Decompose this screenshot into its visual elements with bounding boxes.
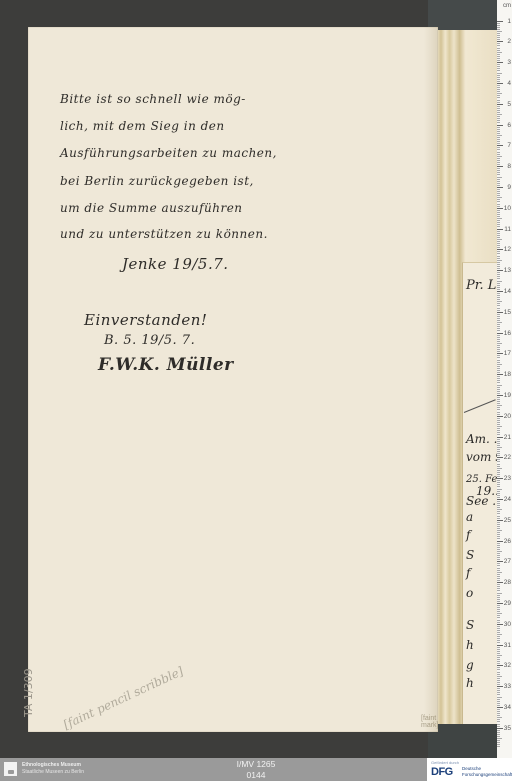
ruler-minor-tick (497, 380, 500, 381)
ruler-label: 23 (504, 475, 511, 482)
ruler-minor-tick (497, 89, 500, 90)
ruler-major-tick (497, 208, 503, 209)
ruler-minor-tick (497, 420, 500, 421)
ruler-major-tick (497, 145, 503, 146)
ruler-minor-tick (497, 738, 502, 739)
ruler-minor-tick (497, 37, 500, 38)
ruler-minor-tick (497, 235, 500, 236)
ruler-minor-tick (497, 472, 500, 473)
ruler-minor-tick (497, 251, 500, 252)
ruler-minor-tick (497, 258, 500, 259)
ruler-minor-tick (497, 555, 500, 556)
ruler-minor-tick (497, 590, 500, 591)
ruler-major-tick (497, 478, 503, 479)
ruler-minor-tick (497, 509, 502, 510)
ruler-minor-tick (497, 372, 500, 373)
ruler-minor-tick (497, 154, 500, 155)
ruler-label: 11 (504, 226, 511, 233)
ruler-minor-tick (497, 401, 500, 402)
ruler-label: 26 (504, 538, 511, 545)
ruler-minor-tick (497, 690, 500, 691)
ruler-major-tick (497, 249, 503, 250)
ruler-minor-tick (497, 218, 502, 219)
ruler-minor-tick (497, 137, 500, 138)
ruler-label: 22 (504, 454, 511, 461)
ruler-major-tick (497, 457, 503, 458)
ruler-minor-tick (497, 112, 500, 113)
ruler-minor-tick (497, 647, 500, 648)
pencil-scribble: [faint pencil scribble] (61, 664, 185, 732)
funder-name-line1: Deutsche (462, 766, 481, 771)
ruler-label: 16 (504, 330, 511, 337)
ruler-minor-tick (497, 387, 500, 388)
ruler-minor-tick (497, 357, 500, 358)
ruler-minor-tick (497, 351, 500, 352)
ruler-label: 28 (504, 579, 511, 586)
ruler-major-tick (497, 603, 503, 604)
ruler-minor-tick (497, 559, 500, 560)
ruler-minor-tick (497, 447, 502, 448)
ruler-minor-tick (497, 147, 500, 148)
ruler-minor-tick (497, 118, 500, 119)
ruler-minor-tick (497, 634, 502, 635)
ruler-minor-tick (497, 29, 500, 30)
ruler-minor-tick (497, 260, 502, 261)
ruler-major-tick (497, 312, 503, 313)
ruler-minor-tick (497, 77, 500, 78)
ruler-minor-tick (497, 711, 500, 712)
ruler-minor-tick (497, 172, 500, 173)
dateline: Jenke 19/5.7. (122, 255, 229, 273)
ruler-minor-tick (497, 684, 500, 685)
ruler-minor-tick (497, 701, 500, 702)
ruler-minor-tick (497, 613, 502, 614)
ruler-minor-tick (497, 518, 500, 519)
ruler-minor-tick (497, 316, 500, 317)
ruler-minor-tick (497, 241, 500, 242)
ruler-minor-tick (497, 156, 502, 157)
ruler-minor-tick (497, 368, 500, 369)
ruler-minor-tick (497, 122, 500, 123)
ruler-minor-tick (497, 414, 500, 415)
ruler-minor-tick (497, 495, 500, 496)
ruler-major-tick (497, 665, 503, 666)
ruler-minor-tick (497, 526, 500, 527)
ruler-minor-tick (497, 70, 500, 71)
ruler-minor-tick (497, 85, 500, 86)
ruler-minor-tick (497, 680, 500, 681)
scanned-document-image: Pr. L. Am. ... vom 9 ... 25. Febr. 19...… (0, 0, 512, 758)
ruler-minor-tick (497, 199, 500, 200)
ruler-minor-tick (497, 609, 500, 610)
ruler-minor-tick (497, 108, 500, 109)
ruler-minor-tick (497, 66, 500, 67)
ruler-minor-tick (497, 484, 500, 485)
ruler-major-tick (497, 104, 503, 105)
ruler-minor-tick (497, 734, 500, 735)
ruler-minor-tick (497, 179, 500, 180)
handwritten-line: um die Summe auszuführen (60, 201, 243, 215)
ruler-minor-tick (497, 97, 500, 98)
ruler-minor-tick (497, 285, 500, 286)
ruler-minor-tick (497, 68, 500, 69)
approval-date: B. 5. 19/5. 7. (104, 333, 195, 348)
ruler-minor-tick (497, 642, 500, 643)
ruler-minor-tick (497, 52, 502, 53)
ruler-minor-tick (497, 715, 500, 716)
ruler-minor-tick (497, 724, 500, 725)
underlying-page-text: S (466, 618, 474, 632)
ruler-major-tick (497, 374, 503, 375)
ruler-minor-tick (497, 50, 500, 51)
ruler-label: 35 (504, 725, 511, 732)
ruler-label: 32 (504, 662, 511, 669)
ruler-minor-tick (497, 697, 502, 698)
ruler-label: 2 (507, 38, 511, 45)
ruler-minor-tick (497, 201, 500, 202)
ruler-minor-tick (497, 597, 500, 598)
ruler-minor-tick (497, 628, 500, 629)
ruler-minor-tick (497, 545, 500, 546)
ruler-minor-tick (497, 87, 500, 88)
ruler-minor-tick (497, 214, 500, 215)
ruler-minor-tick (497, 139, 500, 140)
ruler-minor-tick (497, 586, 500, 587)
ruler-major-tick (497, 499, 503, 500)
ruler-minor-tick (497, 378, 500, 379)
ruler-label: 31 (504, 642, 511, 649)
footer-bar: Ethnologisches Museum Staatliche Museen … (0, 758, 512, 781)
ruler-minor-tick (497, 726, 500, 727)
handwritten-line: bei Berlin zurückgegeben ist, (60, 174, 254, 188)
ruler-minor-tick (497, 48, 500, 49)
ruler-label: 8 (507, 163, 511, 170)
ruler-minor-tick (497, 721, 500, 722)
underlying-page-text: g (466, 658, 474, 672)
ruler-minor-tick (497, 468, 502, 469)
ruler-minor-tick (497, 100, 500, 101)
ruler-minor-tick (497, 189, 500, 190)
dfg-logo-icon: DFG (431, 766, 453, 778)
ruler-minor-tick (497, 360, 500, 361)
ruler-minor-tick (497, 220, 500, 221)
ruler-minor-tick (497, 362, 500, 363)
ruler-minor-tick (497, 549, 500, 550)
approval-note: Einverstanden! (84, 311, 207, 329)
ruler-minor-tick (497, 659, 500, 660)
ruler-minor-tick (497, 742, 500, 743)
ruler-minor-tick (497, 661, 500, 662)
ruler-minor-tick (497, 185, 500, 186)
ruler-minor-tick (497, 432, 500, 433)
underlying-page-text: f (466, 566, 470, 580)
ruler-minor-tick (497, 328, 500, 329)
ruler-major-tick (497, 561, 503, 562)
ruler-minor-tick (497, 493, 500, 494)
ruler-minor-tick (497, 563, 500, 564)
ruler-minor-tick (497, 393, 500, 394)
underlying-page-text: f (466, 528, 470, 542)
ruler-label: 4 (507, 80, 511, 87)
ruler-minor-tick (497, 607, 500, 608)
ruler-label: 27 (504, 558, 511, 565)
ruler-minor-tick (497, 611, 500, 612)
ruler-minor-tick (497, 162, 500, 163)
ruler-minor-tick (497, 75, 500, 76)
ruler-major-tick (497, 353, 503, 354)
funder-badge: Gefördert durch DFG Deutsche Forschungsg… (427, 758, 512, 781)
ruler-minor-tick (497, 672, 500, 673)
underlying-page-text: o (466, 586, 473, 600)
ruler-minor-tick (497, 626, 500, 627)
ruler-major-tick (497, 270, 503, 271)
ruler-label: 13 (504, 267, 511, 274)
ruler-minor-tick (497, 318, 500, 319)
ruler-minor-tick (497, 703, 500, 704)
ruler-label: 6 (507, 122, 511, 129)
ruler-minor-tick (497, 237, 500, 238)
ruler-minor-tick (497, 522, 500, 523)
ruler-minor-tick (497, 584, 500, 585)
ruler-minor-tick (497, 428, 500, 429)
ruler-minor-tick (497, 212, 500, 213)
ruler-label: 20 (504, 413, 511, 420)
ruler-label: 17 (504, 350, 511, 357)
ruler-minor-tick (497, 349, 500, 350)
ruler-minor-tick (497, 177, 502, 178)
ruler-minor-tick (497, 195, 500, 196)
ruler-minor-tick (497, 407, 500, 408)
ruler-major-tick (497, 541, 503, 542)
ruler-minor-tick (497, 709, 500, 710)
ruler-minor-tick (497, 595, 500, 596)
ruler-minor-tick (497, 530, 502, 531)
ruler-minor-tick (497, 399, 500, 400)
underlying-page-text: a (466, 510, 473, 524)
ruler-major-tick (497, 229, 503, 230)
ruler-minor-tick (497, 91, 500, 92)
ruler-label: 33 (504, 683, 511, 690)
ruler-minor-tick (497, 39, 500, 40)
ruler-major-tick (497, 41, 503, 42)
ruler-minor-tick (497, 181, 500, 182)
ruler-minor-tick (497, 657, 500, 658)
letter-page: Bitte ist so schnell wie mög- lich, mit … (28, 27, 438, 732)
ruler-minor-tick (497, 391, 500, 392)
ruler-minor-tick (497, 45, 500, 46)
ruler-minor-tick (497, 466, 500, 467)
ruler-minor-tick (497, 347, 500, 348)
ruler-label: 18 (504, 371, 511, 378)
ruler-minor-tick (497, 580, 500, 581)
ruler-minor-tick (497, 289, 500, 290)
ruler-minor-tick (497, 233, 500, 234)
ruler-label: 3 (507, 59, 511, 66)
ruler-minor-tick (497, 694, 500, 695)
ruler-minor-tick (497, 341, 500, 342)
underlying-page-text: S (466, 548, 474, 562)
ruler-minor-tick (497, 305, 500, 306)
ruler-minor-tick (497, 206, 500, 207)
ruler-minor-tick (497, 636, 500, 637)
ruler-minor-tick (497, 403, 500, 404)
ruler-minor-tick (497, 551, 502, 552)
ruler-major-tick (497, 520, 503, 521)
ruler-minor-tick (497, 503, 500, 504)
ruler-major-tick (497, 333, 503, 334)
ruler-minor-tick (497, 243, 500, 244)
ruler-minor-tick (497, 574, 500, 575)
ruler-minor-tick (497, 160, 500, 161)
ruler-minor-tick (497, 464, 500, 465)
ruler-minor-tick (497, 170, 500, 171)
ruler-minor-tick (497, 620, 500, 621)
ruler-minor-tick (497, 382, 500, 383)
ruler-minor-tick (497, 674, 500, 675)
ruler-minor-tick (497, 33, 500, 34)
ruler-minor-tick (497, 719, 500, 720)
ruler-minor-tick (497, 505, 500, 506)
ruler-minor-tick (497, 655, 502, 656)
ruler-minor-tick (497, 245, 500, 246)
ruler-minor-tick (497, 324, 500, 325)
ruler-minor-tick (497, 565, 500, 566)
ruler-minor-tick (497, 588, 500, 589)
ruler-minor-tick (497, 568, 500, 569)
ruler-minor-tick (497, 653, 500, 654)
ruler-minor-tick (497, 120, 500, 121)
ruler-minor-tick (497, 678, 500, 679)
ruler-minor-tick (497, 732, 500, 733)
ruler-label: 7 (507, 142, 511, 149)
ruler-minor-tick (497, 295, 500, 296)
ruler-minor-tick (497, 281, 502, 282)
underlying-page-text: Pr. L. (466, 278, 501, 293)
ruler-minor-tick (497, 578, 500, 579)
ruler-minor-tick (497, 278, 500, 279)
ruler-minor-tick (497, 183, 500, 184)
funder-caption: Gefördert durch (431, 760, 459, 765)
ruler-minor-tick (497, 266, 500, 267)
ruler-major-tick (497, 437, 503, 438)
ruler-minor-tick (497, 601, 500, 602)
ruler-minor-tick (497, 355, 500, 356)
ruler-minor-tick (497, 676, 502, 677)
pencil-accession-number: TA 1/309 (22, 668, 35, 717)
ruler-minor-tick (497, 547, 500, 548)
ruler-minor-tick (497, 276, 500, 277)
ruler-minor-tick (497, 455, 500, 456)
ruler-major-tick (497, 707, 503, 708)
ruler-major-tick (497, 21, 503, 22)
ruler-minor-tick (497, 497, 500, 498)
ruler-minor-tick (497, 301, 502, 302)
ruler-label: 10 (504, 205, 511, 212)
ruler-minor-tick (497, 489, 502, 490)
handwritten-line: Ausführungsarbeiten zu machen, (60, 146, 277, 160)
ruler-minor-tick (497, 81, 500, 82)
binding-strip-bottom (428, 724, 500, 758)
ruler-minor-tick (497, 682, 500, 683)
ruler-minor-tick (497, 736, 500, 737)
ruler-minor-tick (497, 149, 500, 150)
ruler-label: 9 (507, 184, 511, 191)
funder-name-line2: Forschungsgemeinschaft (462, 772, 512, 777)
ruler-minor-tick (497, 422, 500, 423)
ruler-minor-tick (497, 570, 500, 571)
ruler-minor-tick (497, 79, 500, 80)
ruler-minor-tick (497, 688, 500, 689)
ruler-major-tick (497, 125, 503, 126)
ruler-minor-tick (497, 264, 500, 265)
ruler-label: 1 (507, 18, 511, 25)
ruler-minor-tick (497, 397, 500, 398)
ruler-minor-tick (497, 453, 500, 454)
ruler-major-tick (497, 728, 503, 729)
ruler-minor-tick (497, 64, 500, 65)
ruler-minor-tick (497, 322, 502, 323)
ruler-minor-tick (497, 293, 500, 294)
ruler-minor-tick (497, 553, 500, 554)
ruler-minor-tick (497, 486, 500, 487)
ruler-minor-tick (497, 746, 500, 747)
ruler-minor-tick (497, 434, 500, 435)
ruler-minor-tick (497, 557, 500, 558)
ruler-minor-tick (497, 409, 500, 410)
ruler-label: 34 (504, 704, 511, 711)
ruler-minor-tick (497, 538, 500, 539)
ruler-minor-tick (497, 131, 500, 132)
ruler-minor-tick (497, 470, 500, 471)
ruler-minor-tick (497, 449, 500, 450)
ruler-label: 30 (504, 621, 511, 628)
ruler-minor-tick (497, 491, 500, 492)
binding-strip-top (428, 0, 500, 32)
ruler-minor-tick (497, 253, 500, 254)
ruler-minor-tick (497, 31, 502, 32)
ruler-minor-tick (497, 299, 500, 300)
ruler-minor-tick (497, 532, 500, 533)
ruler-minor-tick (497, 576, 500, 577)
ruler-minor-tick (497, 476, 500, 477)
ruler-minor-tick (497, 330, 500, 331)
ruler-minor-tick (497, 193, 500, 194)
ruler-minor-tick (497, 326, 500, 327)
ruler-minor-tick (497, 622, 500, 623)
ruler-minor-tick (497, 283, 500, 284)
ruler-minor-tick (497, 164, 500, 165)
ruler-minor-tick (497, 287, 500, 288)
ruler-major-tick (497, 166, 503, 167)
ruler-minor-tick (497, 262, 500, 263)
ruler-minor-tick (497, 343, 502, 344)
ruler-minor-tick (497, 572, 502, 573)
ruler-minor-tick (497, 247, 500, 248)
ruler-major-tick (497, 645, 503, 646)
ruler-minor-tick (497, 511, 500, 512)
ruler-minor-tick (497, 632, 500, 633)
signature: F.W.K. Müller (98, 355, 234, 375)
ruler-minor-tick (497, 513, 500, 514)
ruler-minor-tick (497, 593, 502, 594)
ruler-minor-tick (497, 308, 500, 309)
handwritten-line: und zu unterstützen zu können. (60, 227, 268, 241)
ruler-minor-tick (497, 204, 500, 205)
ruler-minor-tick (497, 56, 500, 57)
ruler-minor-tick (497, 524, 500, 525)
ruler-minor-tick (497, 102, 500, 103)
ruler-minor-tick (497, 274, 500, 275)
